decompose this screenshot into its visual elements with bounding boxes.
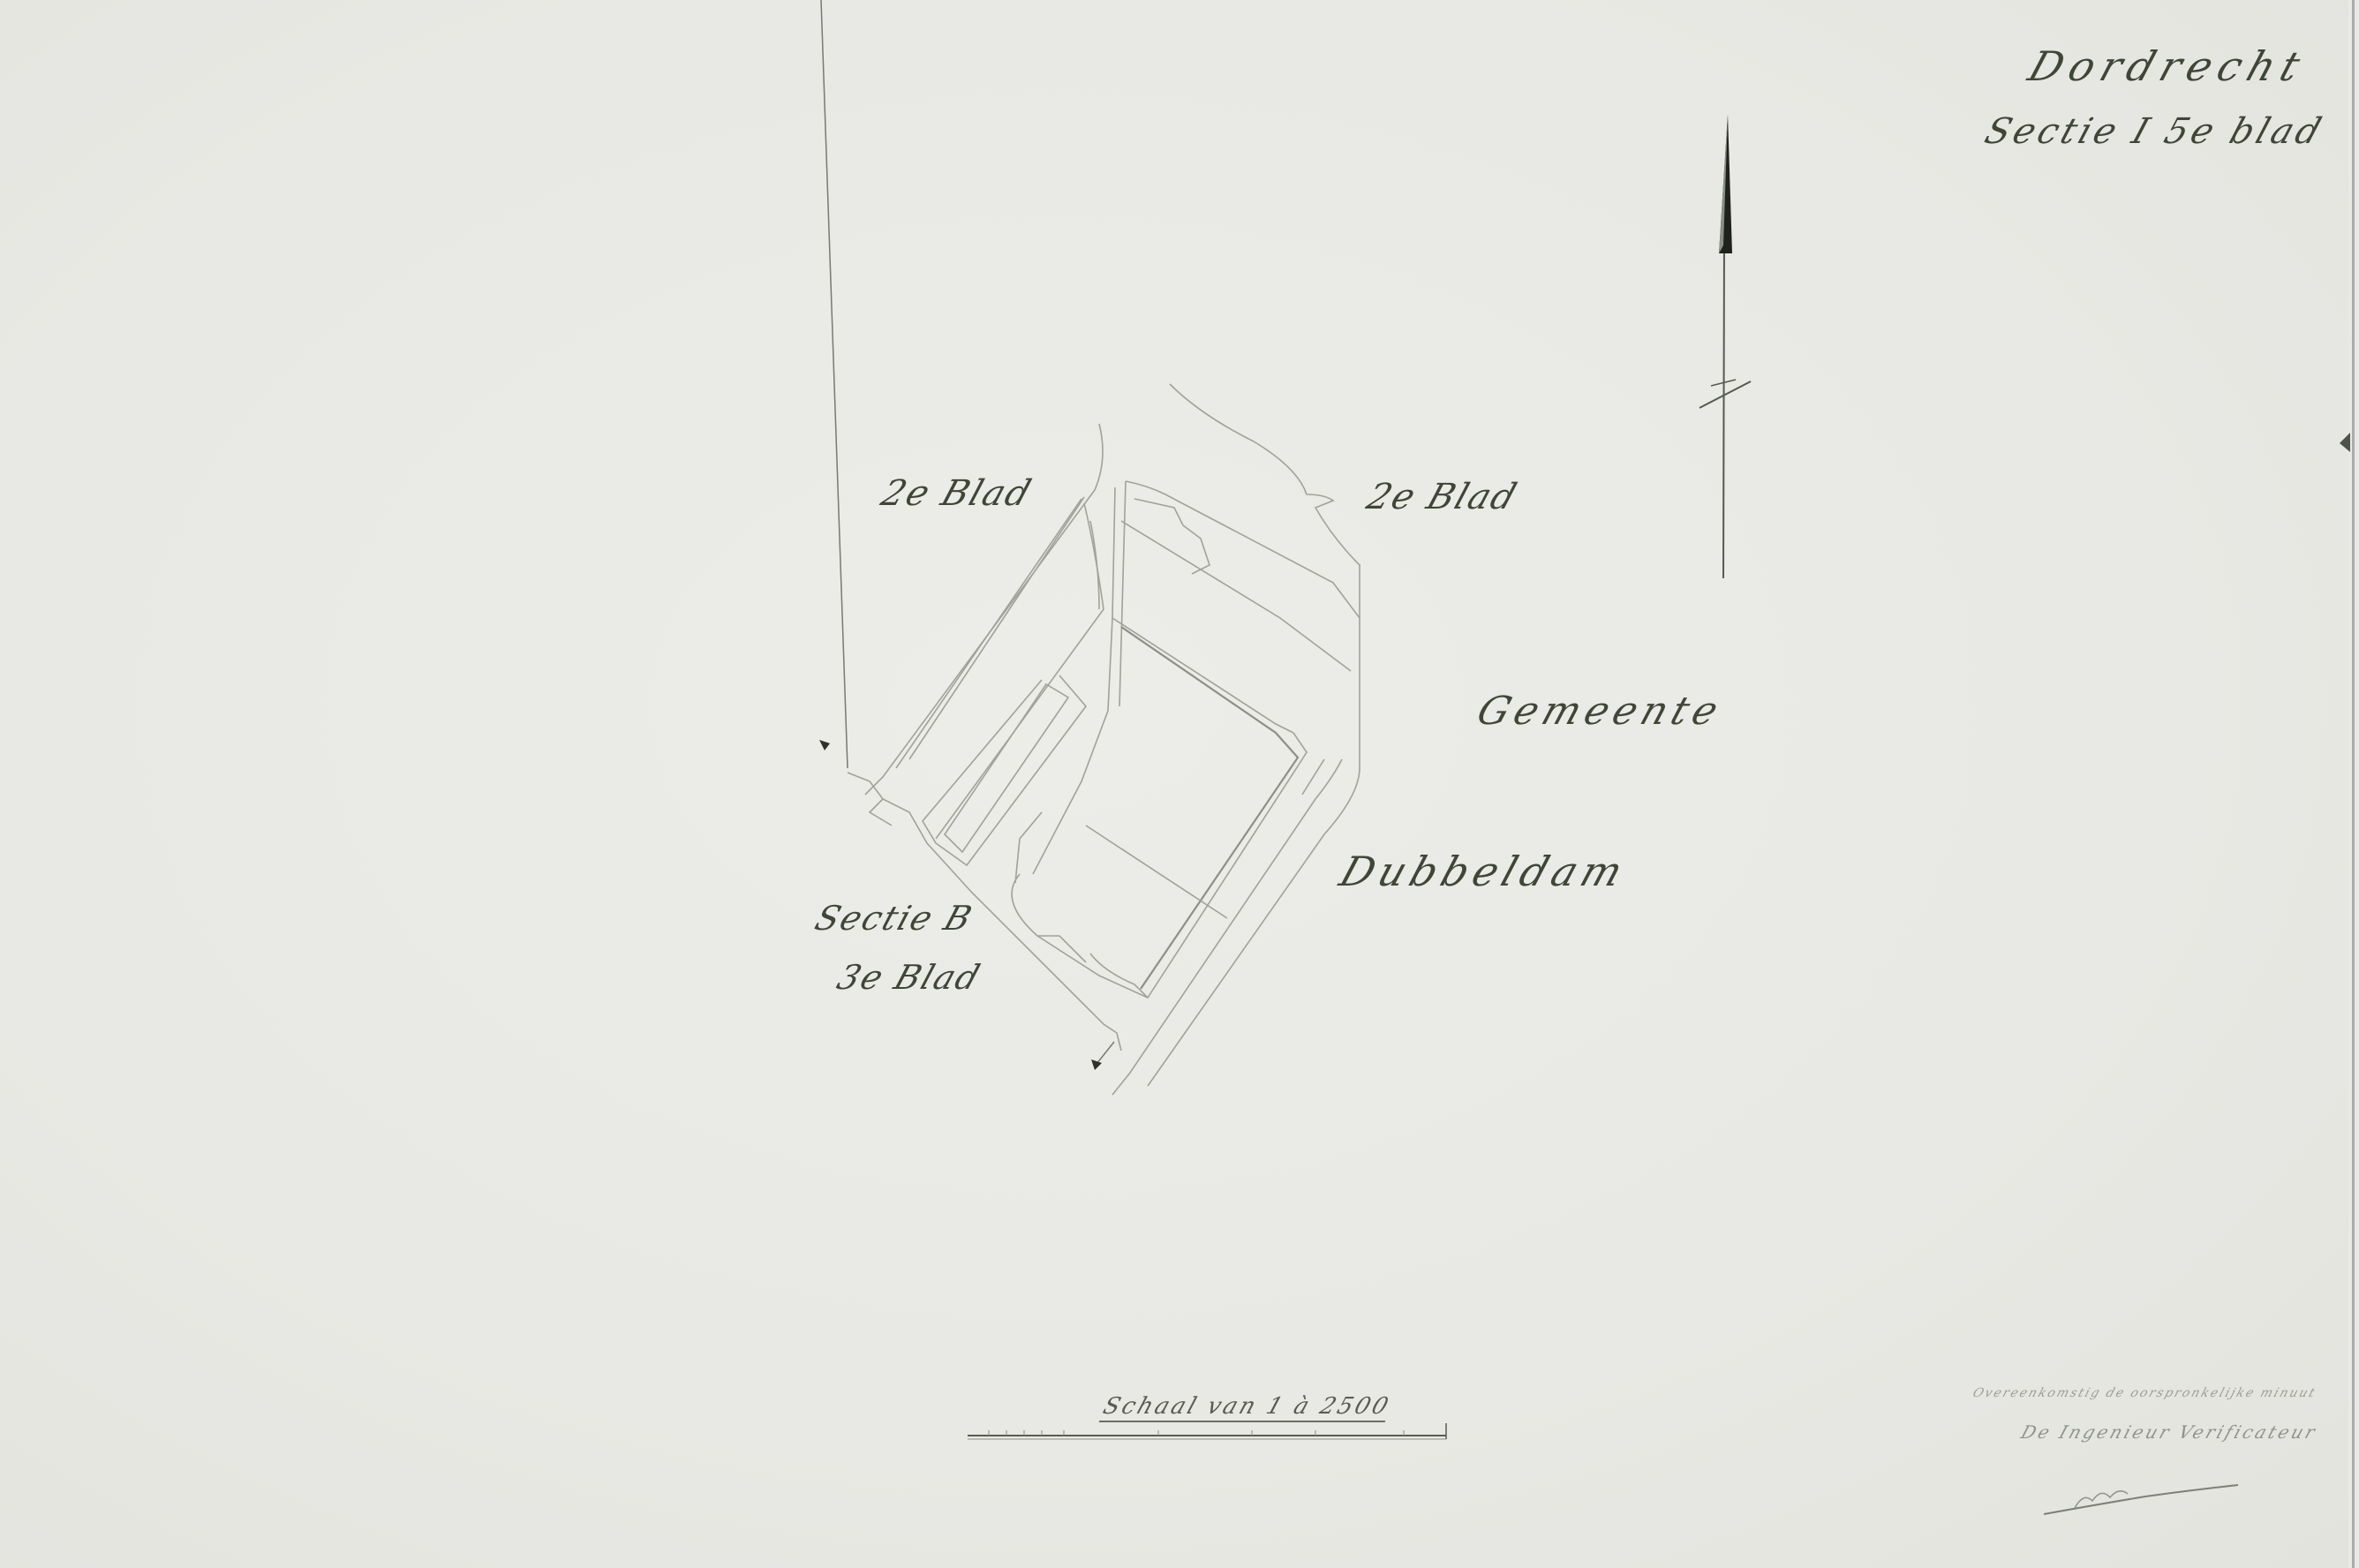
certification-text: Overeenkomstig de oorspronkelijke minuut <box>1971 1386 2318 1400</box>
signature <box>2039 1474 2242 1519</box>
municipality-label: Gemeente <box>1472 689 1730 734</box>
north-arrow-icon <box>1700 115 1751 578</box>
boundary-arrow-s-icon <box>1091 1042 1114 1070</box>
map-subtitle: Sectie I 5e blad <box>1980 111 2330 152</box>
adjacent-sheet-southwest: 3e Blad <box>833 958 986 997</box>
adjacent-sheet-northeast: 2e Blad <box>1362 477 1523 517</box>
map-title: Dordrecht <box>2023 42 2313 90</box>
boundary-arrow-nw-icon <box>819 0 848 768</box>
adjacent-sheet-northwest: 2e Blad <box>877 473 1037 514</box>
cadastral-plan <box>0 0 2359 1568</box>
scale-label: Schaal van 1 à 2500 <box>1099 1393 1394 1422</box>
municipality-name: Dubbeldam <box>1334 848 1633 895</box>
sheet-edge-marker-icon <box>2340 433 2350 452</box>
scale-bar <box>968 1423 1446 1439</box>
certification-title: De Ingenieur Verificateur <box>2018 1421 2320 1443</box>
adjacent-section-southwest: Sectie B <box>810 899 978 938</box>
